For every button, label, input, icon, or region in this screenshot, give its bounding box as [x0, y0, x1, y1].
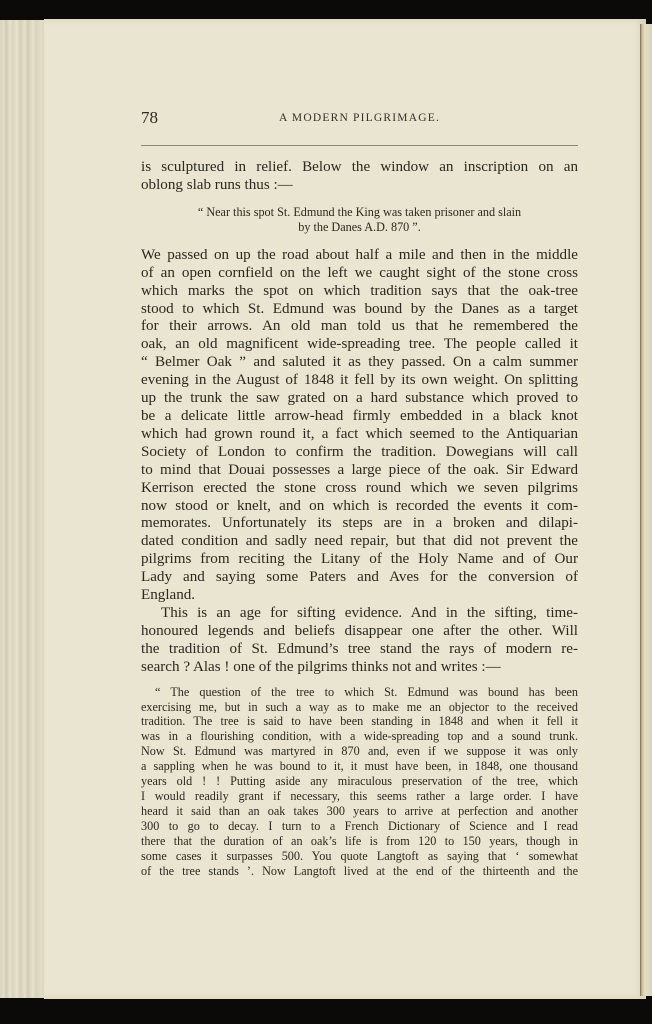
text-line: which marks the spot on which tradition …	[141, 283, 578, 301]
paragraph-sifting-evidence: This is an age for sifting evidence. And…	[141, 605, 578, 677]
text-line: be a delicate little arrow-head firmly e…	[141, 408, 578, 426]
letter-quote: “ The question of the tree to which St. …	[141, 685, 578, 879]
text-line: pilgrims from reciting the Litany of the…	[141, 551, 578, 569]
page-content: 78 A MODERN PILGRIMAGE. is sculptured in…	[141, 106, 578, 136]
text-line: the tradition of St. Edmund’s tree stand…	[141, 641, 578, 659]
text-line: a sappling when he was bound to it, it m…	[141, 759, 578, 774]
text-line: 300 to go to decay. I turn to a French D…	[141, 819, 578, 834]
text-line: This is an age for sifting evidence. And…	[141, 605, 578, 623]
text-line: search ? Alas ! one of the pilgrims thin…	[141, 659, 578, 677]
text-line: to mind that Douai possesses a large pie…	[141, 462, 578, 480]
text-line: evening in the August of 1848 it fell by…	[141, 372, 578, 390]
text-line: heard it said than an oak takes 300 year…	[141, 804, 578, 819]
text-line: was in a flourishing condition, with a w…	[141, 729, 578, 744]
text-line: some cases it surpasses 500. You quote L…	[141, 849, 578, 864]
text-line: honoured legends and beliefs disappear o…	[141, 623, 578, 641]
running-head: 78 A MODERN PILGRIMAGE.	[141, 106, 578, 136]
text-line: “ The question of the tree to which St. …	[141, 685, 578, 700]
text-line: of the tree stands ’. Now Langtoft lived…	[141, 864, 578, 879]
text-line: memorates. Unfortunately its steps are i…	[141, 515, 578, 533]
header-rule	[141, 145, 578, 146]
page-stack-edges	[0, 20, 44, 998]
text-line: England.	[141, 587, 578, 605]
text-line: by the Danes A.D. 870 ”.	[141, 220, 578, 236]
text-line: is sculptured in relief. Below the windo…	[141, 159, 578, 177]
inscription-quote: “ Near this spot St. Edmund the King was…	[141, 205, 578, 236]
text-line: We passed on up the road about half a mi…	[141, 247, 578, 265]
text-line: which had grown round it, a fact which s…	[141, 426, 578, 444]
paragraph-pilgrimage: We passed on up the road about half a mi…	[141, 247, 578, 605]
text-line: I would readily grant if necessary, this…	[141, 789, 578, 804]
text-line: dated condition and sadly need repair, b…	[141, 533, 578, 551]
text-line: oak, an old magnificent wide-spreading t…	[141, 336, 578, 354]
text-line: Lady and saying some Paters and Aves for…	[141, 569, 578, 587]
text-line: stood to which St. Edmund was bound by t…	[141, 301, 578, 319]
text-line: there that the duration of an oak’s life…	[141, 834, 578, 849]
running-title: A MODERN PILGRIMAGE.	[141, 112, 578, 124]
text-line: years old ! ! Putting aside any miraculo…	[141, 774, 578, 789]
opening-paragraph: is sculptured in relief. Below the windo…	[141, 159, 578, 195]
text-line: “ Near this spot St. Edmund the King was…	[141, 205, 578, 221]
text-line: Kerrison erected the stone cross round w…	[141, 480, 578, 498]
text-line: “ Belmer Oak ” and saluted it as they pa…	[141, 354, 578, 372]
text-line: now stood or knelt, and on which is reco…	[141, 498, 578, 516]
text-line: oblong slab runs thus :—	[141, 177, 578, 195]
text-line: up the trunk the saw grated on a hard su…	[141, 390, 578, 408]
text-line: Society of London to confirm the traditi…	[141, 444, 578, 462]
facing-page-edge	[640, 24, 652, 996]
text-line: for their arrows. An old man told us tha…	[141, 318, 578, 336]
text-line: exercising me, but in such a way as to m…	[141, 700, 578, 715]
text-line: Now St. Edmund was martyred in 870 and, …	[141, 744, 578, 759]
text-line: tradition. The tree is said to have been…	[141, 714, 578, 729]
text-line: of an open cornfield on the left we caug…	[141, 265, 578, 283]
body-text: is sculptured in relief. Below the windo…	[141, 159, 578, 879]
